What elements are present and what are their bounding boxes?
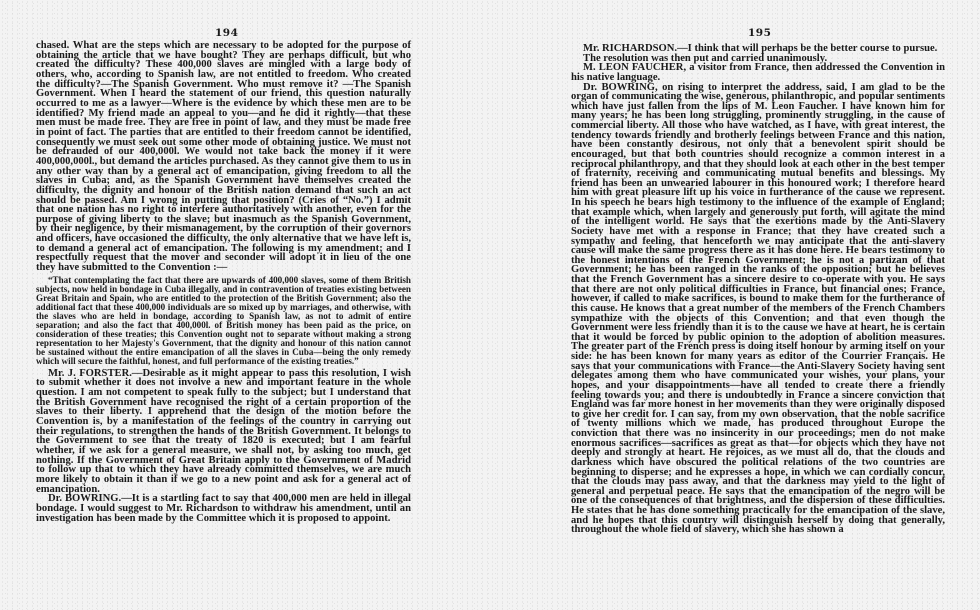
left-page-text: chased. What are the steps which are nec… xyxy=(36,41,411,523)
right-page-text: Mr. RICHARDSON.—I think that will perhap… xyxy=(571,44,945,535)
speech-text: —Desirable as it might appear to pass th… xyxy=(36,368,411,495)
left-page: 194 chased. What are the steps which are… xyxy=(0,0,490,610)
speech-bowring-interpretation: Dr. BOWRING, on rising to interpret the … xyxy=(571,83,945,535)
speech-faucher: M. LEON FAUCHER, a visitor from France, … xyxy=(571,63,945,82)
paragraph-body: chased. What are the steps which are nec… xyxy=(36,41,411,273)
page-number-right: 195 xyxy=(748,27,771,39)
right-page: 195 Mr. RICHARDSON.—I think that will pe… xyxy=(490,0,980,610)
speech-forster: Mr. J. FORSTER.—Desirable as it might ap… xyxy=(36,369,411,495)
page-number-left: 194 xyxy=(215,27,238,39)
speech-bowring: Dr. BOWRING.—It is a startling fact to s… xyxy=(36,494,411,523)
speech-text: on rising to interpret the address, said… xyxy=(571,82,945,536)
resolution-quote: “That contemplating the fact that there … xyxy=(36,276,411,366)
